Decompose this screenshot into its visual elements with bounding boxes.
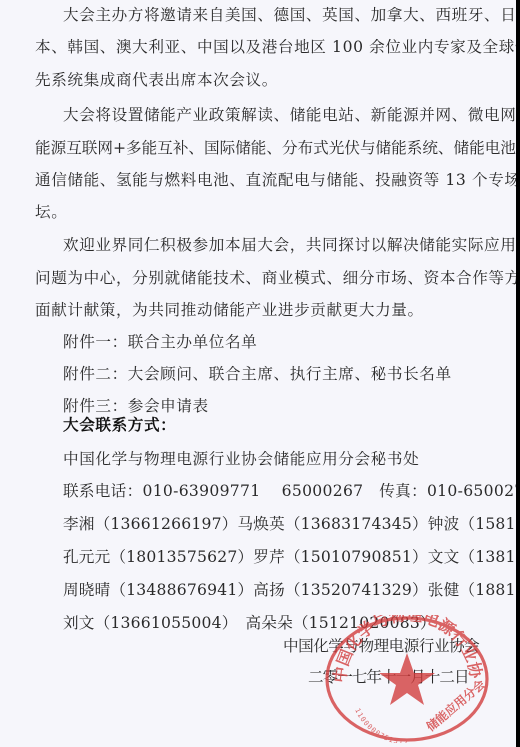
paragraph-2-line-3: 通信储能、氢能与燃料电池、直流配电与储能、投融资等 13 个专场论 [35,170,516,190]
contact-heading: 大会联系方式： [63,415,176,435]
signature-organization: 中国化学与物理电源行业协会 [283,636,479,656]
contact-people-line-3: 周晓晴（13488676941）高扬（13520741329）张健（188114… [63,580,516,600]
contact-people-line-2: 孔元元（18013575627）罗芹（15010790851）文文（138118… [63,547,516,567]
attachment-3: 附件三：参会申请表 [63,396,209,416]
paragraph-3-line-2: 问题为中心，分别就储能技术、商业模式、细分市场、资本合作等方 [35,268,516,288]
paragraph-1-line-2: 本、韩国、澳大利亚、中国以及港台地区 100 余位业内专家及全球领 [35,37,516,57]
paragraph-2-line-2: 能源互联网+多能互补、国际储能、分布式光伏与储能系统、储能电池、 [35,138,516,158]
contact-people-line-1: 李湘（13661266197）马焕英（13683174345）钟波（158100… [63,514,516,534]
attachment-2: 附件二：大会顾问、联合主席、执行主席、秘书长名单 [63,364,452,384]
paragraph-1-line-1: 大会主办方将邀请来自美国、德国、英国、加拿大、西班牙、日 [63,5,516,25]
contact-phone-line: 联系电话：010-63909771 65000267 传真：010-650027… [63,481,516,501]
paragraph-2-line-4: 坛。 [35,202,67,222]
paragraph-3-line-1: 欢迎业界同仁积极参加本届大会，共同探讨以解决储能实际应用 [63,235,516,255]
signature-date: 二零一七年十一月十二日 [308,667,469,687]
paragraph-1-line-3: 先系统集成商代表出席本次会议。 [35,70,278,90]
paragraph-2-line-1: 大会将设置储能产业政策解读、储能电站、新能源并网、微电网、 [63,105,516,125]
attachment-1: 附件一：联合主办单位名单 [63,332,257,352]
contact-people-line-4: 刘文（13661055004） 高朵朵（15121020083） [63,613,436,633]
paragraph-3-line-3: 面献计献策，为共同推动储能产业进步贡献更大力量。 [35,300,424,320]
contact-office: 中国化学与物理电源行业协会储能应用分会秘书处 [63,449,419,469]
document-page: 大会主办方将邀请来自美国、德国、英国、加拿大、西班牙、日 本、韩国、澳大利亚、中… [0,0,516,747]
svg-text:1100000751517: 1100000751517 [353,707,409,743]
